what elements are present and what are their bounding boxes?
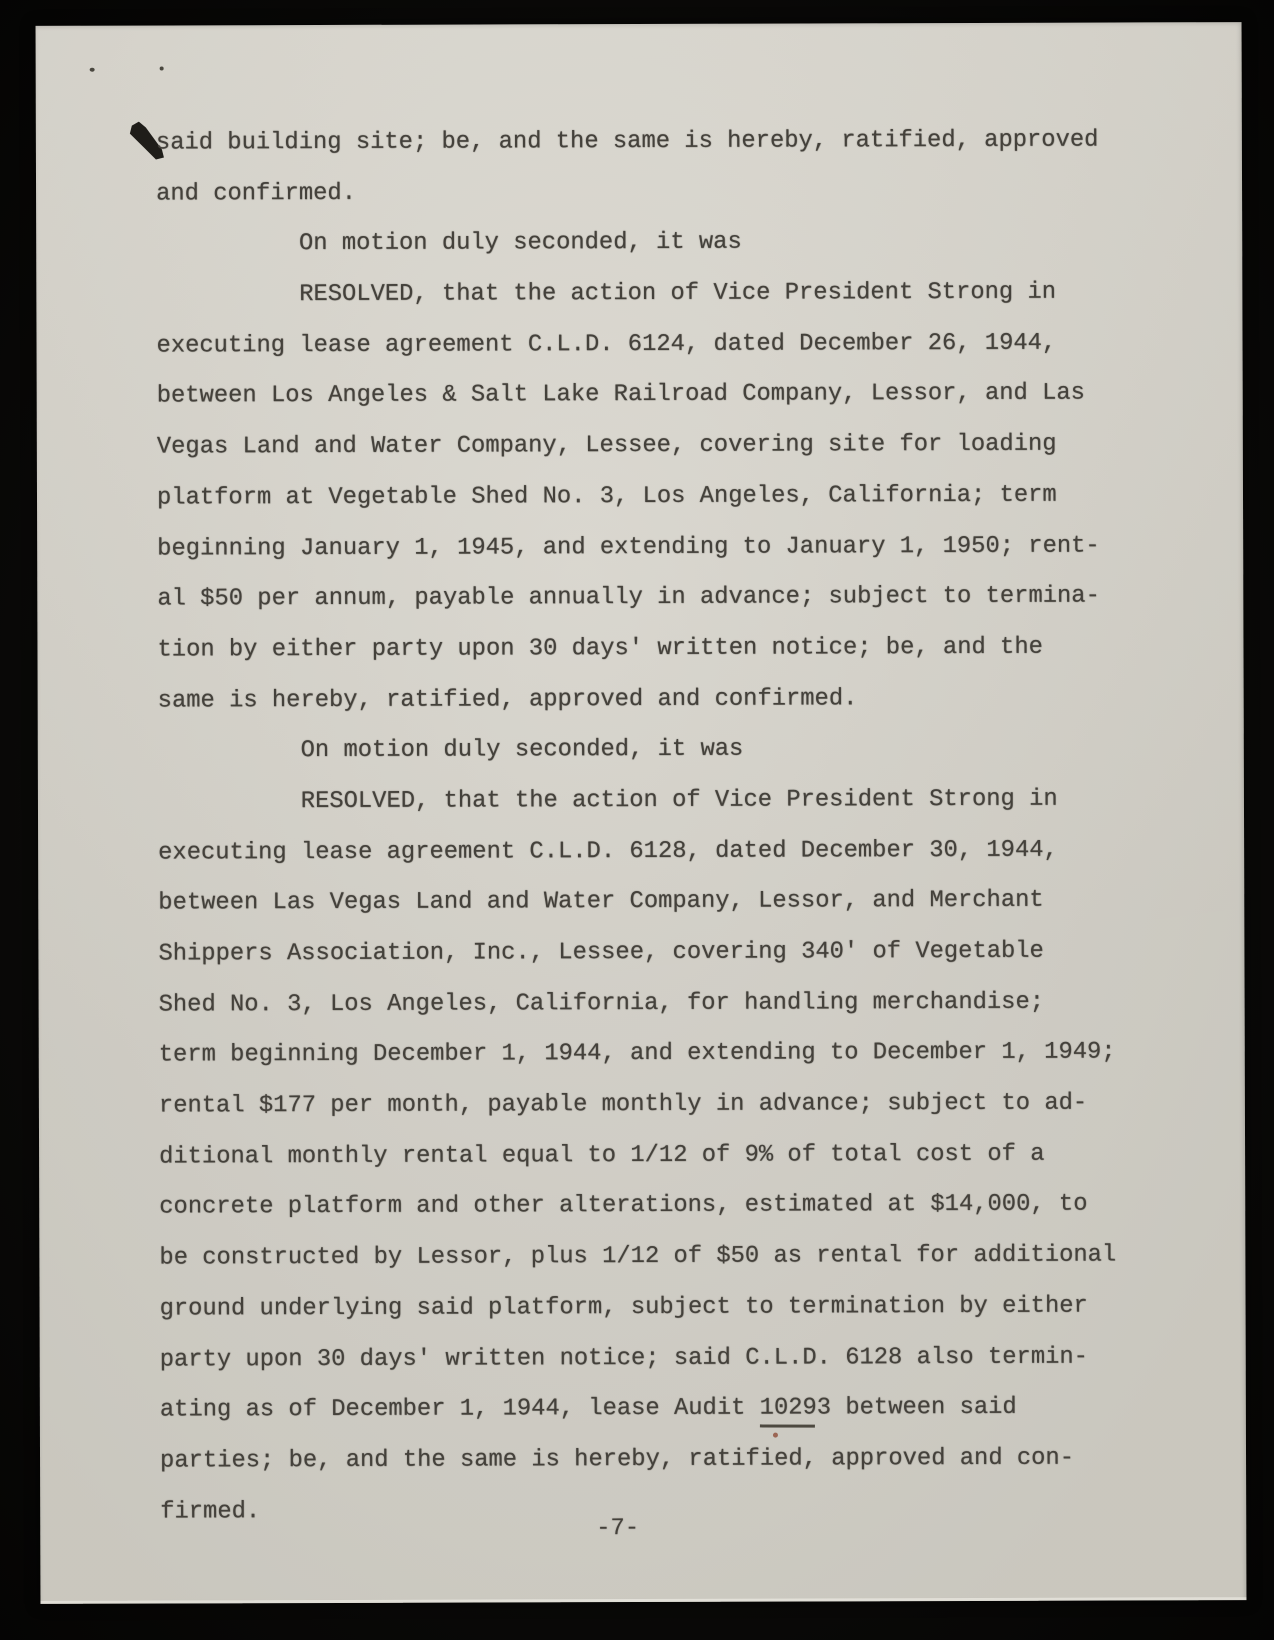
dust-speck xyxy=(90,68,95,72)
text-line: between Las Vegas Land and Water Company… xyxy=(158,876,1115,930)
text-line: Shed No. 3, Los Angeles, California, for… xyxy=(159,977,1116,1031)
text-line: rental $177 per month, payable monthly i… xyxy=(159,1079,1116,1133)
text-line: executing lease agreement C.L.D. 6128, d… xyxy=(158,825,1115,879)
text-line: ground underlying said platform, subject… xyxy=(159,1281,1116,1335)
text-line: party upon 30 days' written notice; said… xyxy=(160,1332,1117,1386)
text-line: ating as of December 1, 1944, lease Audi… xyxy=(160,1383,1117,1437)
text-line: said building site; be, and the same is … xyxy=(156,116,1113,170)
audit-number-underline xyxy=(760,1424,815,1427)
typed-text-block: said building site; be, and the same is … xyxy=(156,116,1117,1538)
text-line: executing lease agreement C.L.D. 6124, d… xyxy=(156,318,1113,372)
document-page: said building site; be, and the same is … xyxy=(36,22,1247,1604)
text-line: parties; be, and the same is hereby, rat… xyxy=(160,1433,1117,1487)
text-line: platform at Vegetable Shed No. 3, Los An… xyxy=(157,470,1114,524)
dust-speck xyxy=(160,66,164,70)
text-line: tion by either party upon 30 days' writt… xyxy=(157,622,1114,676)
text-line: term beginning December 1, 1944, and ext… xyxy=(159,1028,1116,1082)
text-line: be constructed by Lessor, plus 1/12 of $… xyxy=(159,1231,1116,1285)
text-line: same is hereby, ratified, approved and c… xyxy=(158,673,1115,727)
red-speck xyxy=(773,1433,778,1438)
text-line: beginning January 1, 1945, and extending… xyxy=(157,521,1114,575)
text-line: On motion duly seconded, it was xyxy=(156,217,1113,271)
text-line: Vegas Land and Water Company, Lessee, co… xyxy=(157,420,1114,474)
text-line: between Los Angeles & Salt Lake Railroad… xyxy=(157,369,1114,423)
text-line: Shippers Association, Inc., Lessee, cove… xyxy=(158,927,1115,981)
text-line: On motion duly seconded, it was xyxy=(158,724,1115,778)
text-line: RESOLVED, that the action of Vice Presid… xyxy=(158,774,1115,828)
text-line: RESOLVED, that the action of Vice Presid… xyxy=(156,268,1113,322)
text-line: concrete platform and other alterations,… xyxy=(159,1180,1116,1234)
text-line: ditional monthly rental equal to 1/12 of… xyxy=(159,1129,1116,1183)
page-number: -7- xyxy=(596,1504,639,1555)
text-line: al $50 per annum, payable annually in ad… xyxy=(157,572,1114,626)
text-line: and confirmed. xyxy=(156,166,1113,220)
